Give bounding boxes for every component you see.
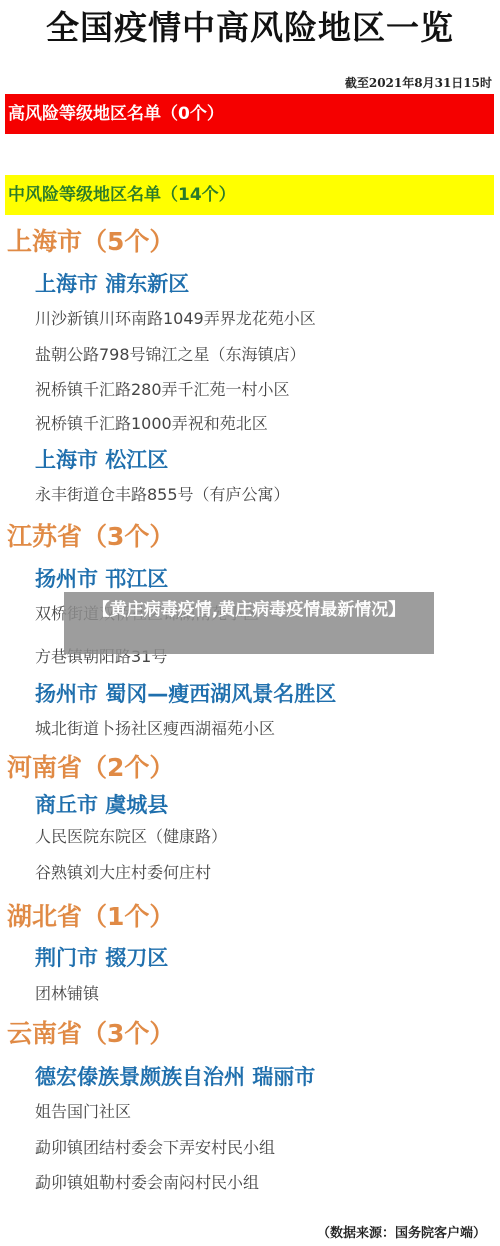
province-heading-jiangsu: 江苏省（3个） xyxy=(7,521,174,553)
area-item: 永丰街道仓丰路855号（有庐公寓） xyxy=(35,484,290,506)
province-heading-yunnan: 云南省（3个） xyxy=(7,1018,174,1050)
mid-risk-banner: 中风险等级地区名单（14个） xyxy=(5,175,494,215)
caption-overlay: 【黄庄病毒疫情,黄庄病毒疫情最新情况】 xyxy=(64,592,434,654)
city-heading: 上海市 松江区 xyxy=(35,446,168,474)
area-item: 勐卯镇姐勒村委会南闷村民小组 xyxy=(35,1172,259,1194)
data-source-note: （数据来源：国务院客户端） xyxy=(317,1222,486,1241)
area-item: 祝桥镇千汇路1000弄祝和苑北区 xyxy=(35,413,268,435)
as-of-timestamp: 截至2021年8月31日15时 xyxy=(345,74,492,91)
city-heading: 德宏傣族景颇族自治州 瑞丽市 xyxy=(35,1063,315,1091)
area-item: 勐卯镇团结村委会下弄安村民小组 xyxy=(35,1137,275,1159)
page-title: 全国疫情中高风险地区一览 xyxy=(0,8,500,48)
city-heading: 扬州市 蜀冈—瘦西湖风景名胜区 xyxy=(35,680,336,708)
area-item: 川沙新镇川环南路1049弄界龙花苑小区 xyxy=(35,308,316,330)
province-heading-hubei: 湖北省（1个） xyxy=(7,901,174,933)
province-heading-shanghai: 上海市（5个） xyxy=(7,226,174,258)
area-item: 城北街道卜扬社区瘦西湖福苑小区 xyxy=(35,718,275,740)
city-heading: 荆门市 掇刀区 xyxy=(35,944,168,972)
area-item: 人民医院东院区（健康路） xyxy=(35,826,227,848)
area-item: 谷熟镇刘大庄村委何庄村 xyxy=(35,862,211,884)
area-item: 盐朝公路798号锦江之星（东海镇店） xyxy=(35,344,306,366)
city-heading: 上海市 浦东新区 xyxy=(35,270,189,298)
high-risk-banner: 高风险等级地区名单（0个） xyxy=(5,94,494,134)
city-heading: 商丘市 虞城县 xyxy=(35,791,168,819)
province-heading-henan: 河南省（2个） xyxy=(7,752,174,784)
area-item: 祝桥镇千汇路280弄千汇苑一村小区 xyxy=(35,379,290,401)
area-item: 姐告国门社区 xyxy=(35,1101,131,1123)
area-item: 团林铺镇 xyxy=(35,983,99,1005)
city-heading: 扬州市 邗江区 xyxy=(35,565,168,593)
